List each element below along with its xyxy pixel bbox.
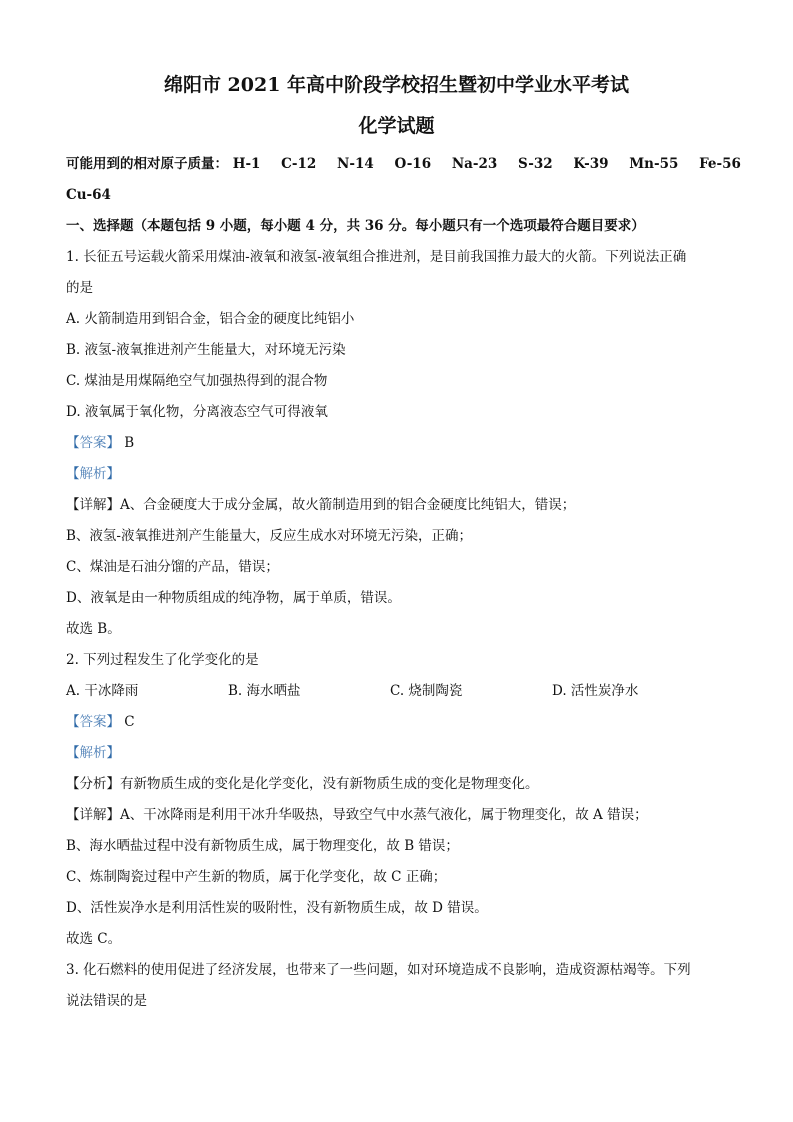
atomic-mass-item: O-16 [394,156,431,172]
q1-detail-d: D、液氧是由一种物质组成的纯净物，属于单质，错误。 [66,588,401,608]
q1-stem-line2: 的是 [66,278,93,298]
q1-answer: 【答案】 B [66,433,134,453]
q1-option-c: C. 煤油是用煤隔绝空气加强热得到的混合物 [66,371,327,391]
bracket-close: 】 [107,745,121,761]
q1-stem-line1: 1. 长征五号运载火箭采用煤油-液氧和液氢-液氧组合推进剂，是目前我国推力最大的… [66,247,686,267]
atomic-mass-item: H-1 [233,156,261,172]
answer-label: 答案 [80,435,107,451]
q2-analysis: 【分析】有新物质生成的变化是化学变化，没有新物质生成的变化是物理变化。 [66,774,539,794]
q2-option-a: A. 干冰降雨 [66,681,228,701]
q1-detail-b: B、液氢-液氧推进剂产生能量大，反应生成水对环境无污染，正确； [66,526,472,546]
q1-option-a: A. 火箭制造用到铝合金，铝合金的硬度比纯铝小 [66,309,354,329]
q2-detail-c: C、炼制陶瓷过程中产生新的物质，属于化学变化，故 C 正确； [66,867,446,887]
analysis-label: 解析 [80,466,107,482]
q3-stem-line1: 3. 化石燃料的使用促进了经济发展，也带来了一些问题，如对环境造成不良影响，造成… [66,960,691,980]
bracket-open: 【 [66,466,80,482]
atomic-mass-item: C-12 [281,156,316,172]
q3-stem-line2: 说法错误的是 [66,991,147,1011]
detail-text: A、干冰降雨是利用干冰升华吸热，导致空气中水蒸气液化，属于物理变化，故 A 错误… [120,807,648,823]
detail-label: 【详解】 [66,807,120,823]
section-heading: 一、选择题（本题包括 9 小题，每小题 4 分，共 36 分。每小题只有一个选项… [66,216,645,236]
q2-option-c: C. 烧制陶瓷 [390,681,552,701]
bracket-close: 】 [107,714,121,730]
atomic-mass-label: 可能用到的相对原子质量： [66,156,228,172]
atomic-mass-item: K-39 [573,156,608,172]
atomic-mass-overflow: Cu-64 [66,185,111,205]
detail-label: 【详解】 [66,497,120,513]
q2-detail-a: 【详解】A、干冰降雨是利用干冰升华吸热，导致空气中水蒸气液化，属于物理变化，故 … [66,805,648,825]
bracket-open: 【 [66,714,80,730]
q2-answer: 【答案】 C [66,712,135,732]
q2-analysis-label: 【解析】 [66,743,120,763]
exam-title: 绵阳市 2021 年高中阶段学校招生暨初中学业水平考试 [0,70,793,97]
q2-option-d: D. 活性炭净水 [552,681,714,701]
q2-options: A. 干冰降雨B. 海水晒盐C. 烧制陶瓷D. 活性炭净水 [66,681,714,701]
bracket-open: 【 [66,745,80,761]
answer-value: B [124,435,134,451]
fenxi-label: 【分析】 [66,776,120,792]
detail-text: A、合金硬度大于成分金属，故火箭制造用到的铝合金硬度比纯铝大，错误； [120,497,575,513]
atomic-mass-line: 可能用到的相对原子质量： H-1 C-12 N-14 O-16 Na-23 S-… [66,154,757,174]
q1-option-b: B. 液氢-液氧推进剂产生能量大，对环境无污染 [66,340,346,360]
atomic-mass-item: Mn-55 [629,156,678,172]
atomic-mass-item: Fe-56 [699,156,741,172]
q2-detail-b: B、海水晒盐过程中没有新物质生成，属于物理变化，故 B 错误； [66,836,459,856]
q2-option-b: B. 海水晒盐 [228,681,390,701]
q2-detail-d: D、活性炭净水是利用活性炭的吸附性，没有新物质生成，故 D 错误。 [66,898,488,918]
analysis-label: 解析 [80,745,107,761]
q1-detail-c: C、煤油是石油分馏的产品，错误； [66,557,279,577]
answer-label: 答案 [80,714,107,730]
bracket-open: 【 [66,435,80,451]
analysis-text: 有新物质生成的变化是化学变化，没有新物质生成的变化是物理变化。 [120,776,539,792]
q1-option-d: D. 液氧属于氧化物，分离液态空气可得液氧 [66,402,328,422]
atomic-mass-item: N-14 [337,156,374,172]
q1-analysis-label: 【解析】 [66,464,120,484]
bracket-close: 】 [107,466,121,482]
q2-conclusion: 故选 C。 [66,929,121,949]
bracket-close: 】 [107,435,121,451]
q2-stem: 2. 下列过程发生了化学变化的是 [66,650,259,670]
atomic-mass-item: Na-23 [452,156,497,172]
exam-subtitle: 化学试题 [0,111,793,138]
q1-conclusion: 故选 B。 [66,619,121,639]
answer-value: C [124,714,134,730]
exam-page: 绵阳市 2021 年高中阶段学校招生暨初中学业水平考试 化学试题 可能用到的相对… [0,0,793,1122]
atomic-mass-item: S-32 [518,156,553,172]
q1-detail-a: 【详解】A、合金硬度大于成分金属，故火箭制造用到的铝合金硬度比纯铝大，错误； [66,495,575,515]
